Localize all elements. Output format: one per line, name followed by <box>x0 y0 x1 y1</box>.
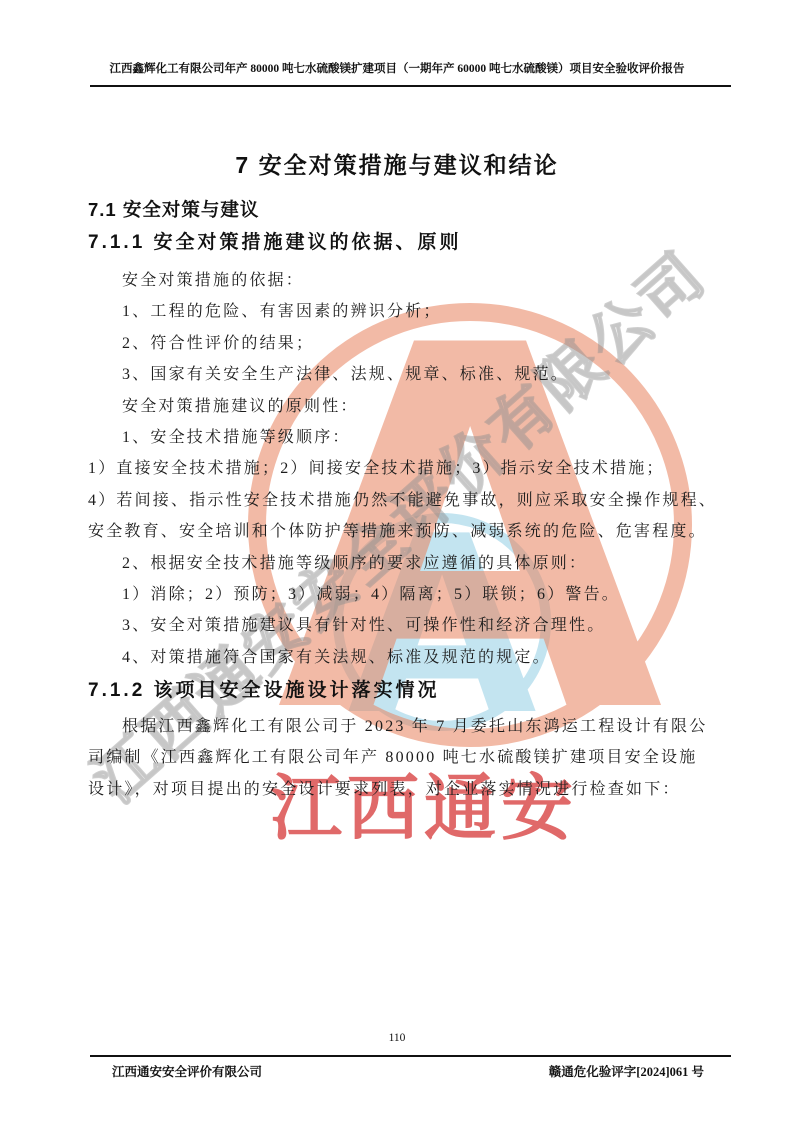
body-line: 根据江西鑫辉化工有限公司于 2023 年 7 月委托山东鸿运工程设计有限公 <box>88 711 728 742</box>
chapter-title: 7 安全对策措施与建议和结论 <box>0 147 794 180</box>
page-content: 江西鑫辉化工有限公司年产 80000 吨七水硫酸镁扩建项目（一期年产 60000… <box>0 0 794 1123</box>
page-number: 110 <box>0 1032 794 1044</box>
body-line: 3、国家有关安全生产法律、法规、规章、标准、规范。 <box>88 359 728 390</box>
body-line: 2、符合性评价的结果； <box>88 328 728 359</box>
body-line: 1）消除；2）预防；3）减弱；4）隔离；5）联锁；6）警告。 <box>88 579 728 610</box>
body-line: 3、安全对策措施建议具有针对性、可操作性和经济合理性。 <box>88 610 728 641</box>
body-line: 安全对策措施的依据： <box>88 265 728 296</box>
body-line: 1、工程的危险、有害因素的辨识分析； <box>88 296 728 327</box>
body-line: 2、根据安全技术措施等级顺序的要求应遵循的具体原则： <box>88 548 728 579</box>
document-page: A A 江西通安安全评价有限公司 江西通安 江西鑫辉化工有限公司年产 80000… <box>0 0 794 1123</box>
body-line: 司编制《江西鑫辉化工有限公司年产 80000 吨七水硫酸镁扩建项目安全设施 <box>88 742 728 773</box>
body-line: 设计》，对项目提出的安全设计要求列表，对企业落实情况进行检查如下： <box>88 774 728 805</box>
body-block-7-1-1: 安全对策措施的依据： 1、工程的危险、有害因素的辨识分析； 2、符合性评价的结果… <box>88 265 728 673</box>
body-line: 1、安全技术措施等级顺序： <box>88 422 728 453</box>
page-header-title: 江西鑫辉化工有限公司年产 80000 吨七水硫酸镁扩建项目（一期年产 60000… <box>0 60 794 76</box>
body-line: 安全对策措施建议的原则性： <box>88 391 728 422</box>
section-heading-7-1-2: 7.1.2 该项目安全设施设计落实情况 <box>88 675 440 702</box>
section-heading-7-1-1: 7.1.1 安全对策措施建议的依据、原则 <box>88 227 462 254</box>
body-line: 4）若间接、指示性安全技术措施仍然不能避免事故，则应采取安全操作规程、 <box>88 485 728 516</box>
footer-company-name: 江西通安安全评价有限公司 <box>112 1062 262 1080</box>
section-heading-7-1: 7.1 安全对策与建议 <box>88 196 259 222</box>
body-line: 4、对策措施符合国家有关法规、标准及规范的规定。 <box>88 642 728 673</box>
footer-rule <box>90 1055 731 1057</box>
body-line: 1）直接安全技术措施；2）间接安全技术措施；3）指示安全技术措施； <box>88 453 728 484</box>
body-block-7-1-2: 根据江西鑫辉化工有限公司于 2023 年 7 月委托山东鸿运工程设计有限公 司编… <box>88 711 728 805</box>
body-line: 安全教育、安全培训和个体防护等措施来预防、减弱系统的危险、危害程度。 <box>88 516 728 547</box>
header-rule <box>90 85 731 87</box>
footer-doc-number: 赣通危化验评字[2024]061 号 <box>549 1062 704 1080</box>
